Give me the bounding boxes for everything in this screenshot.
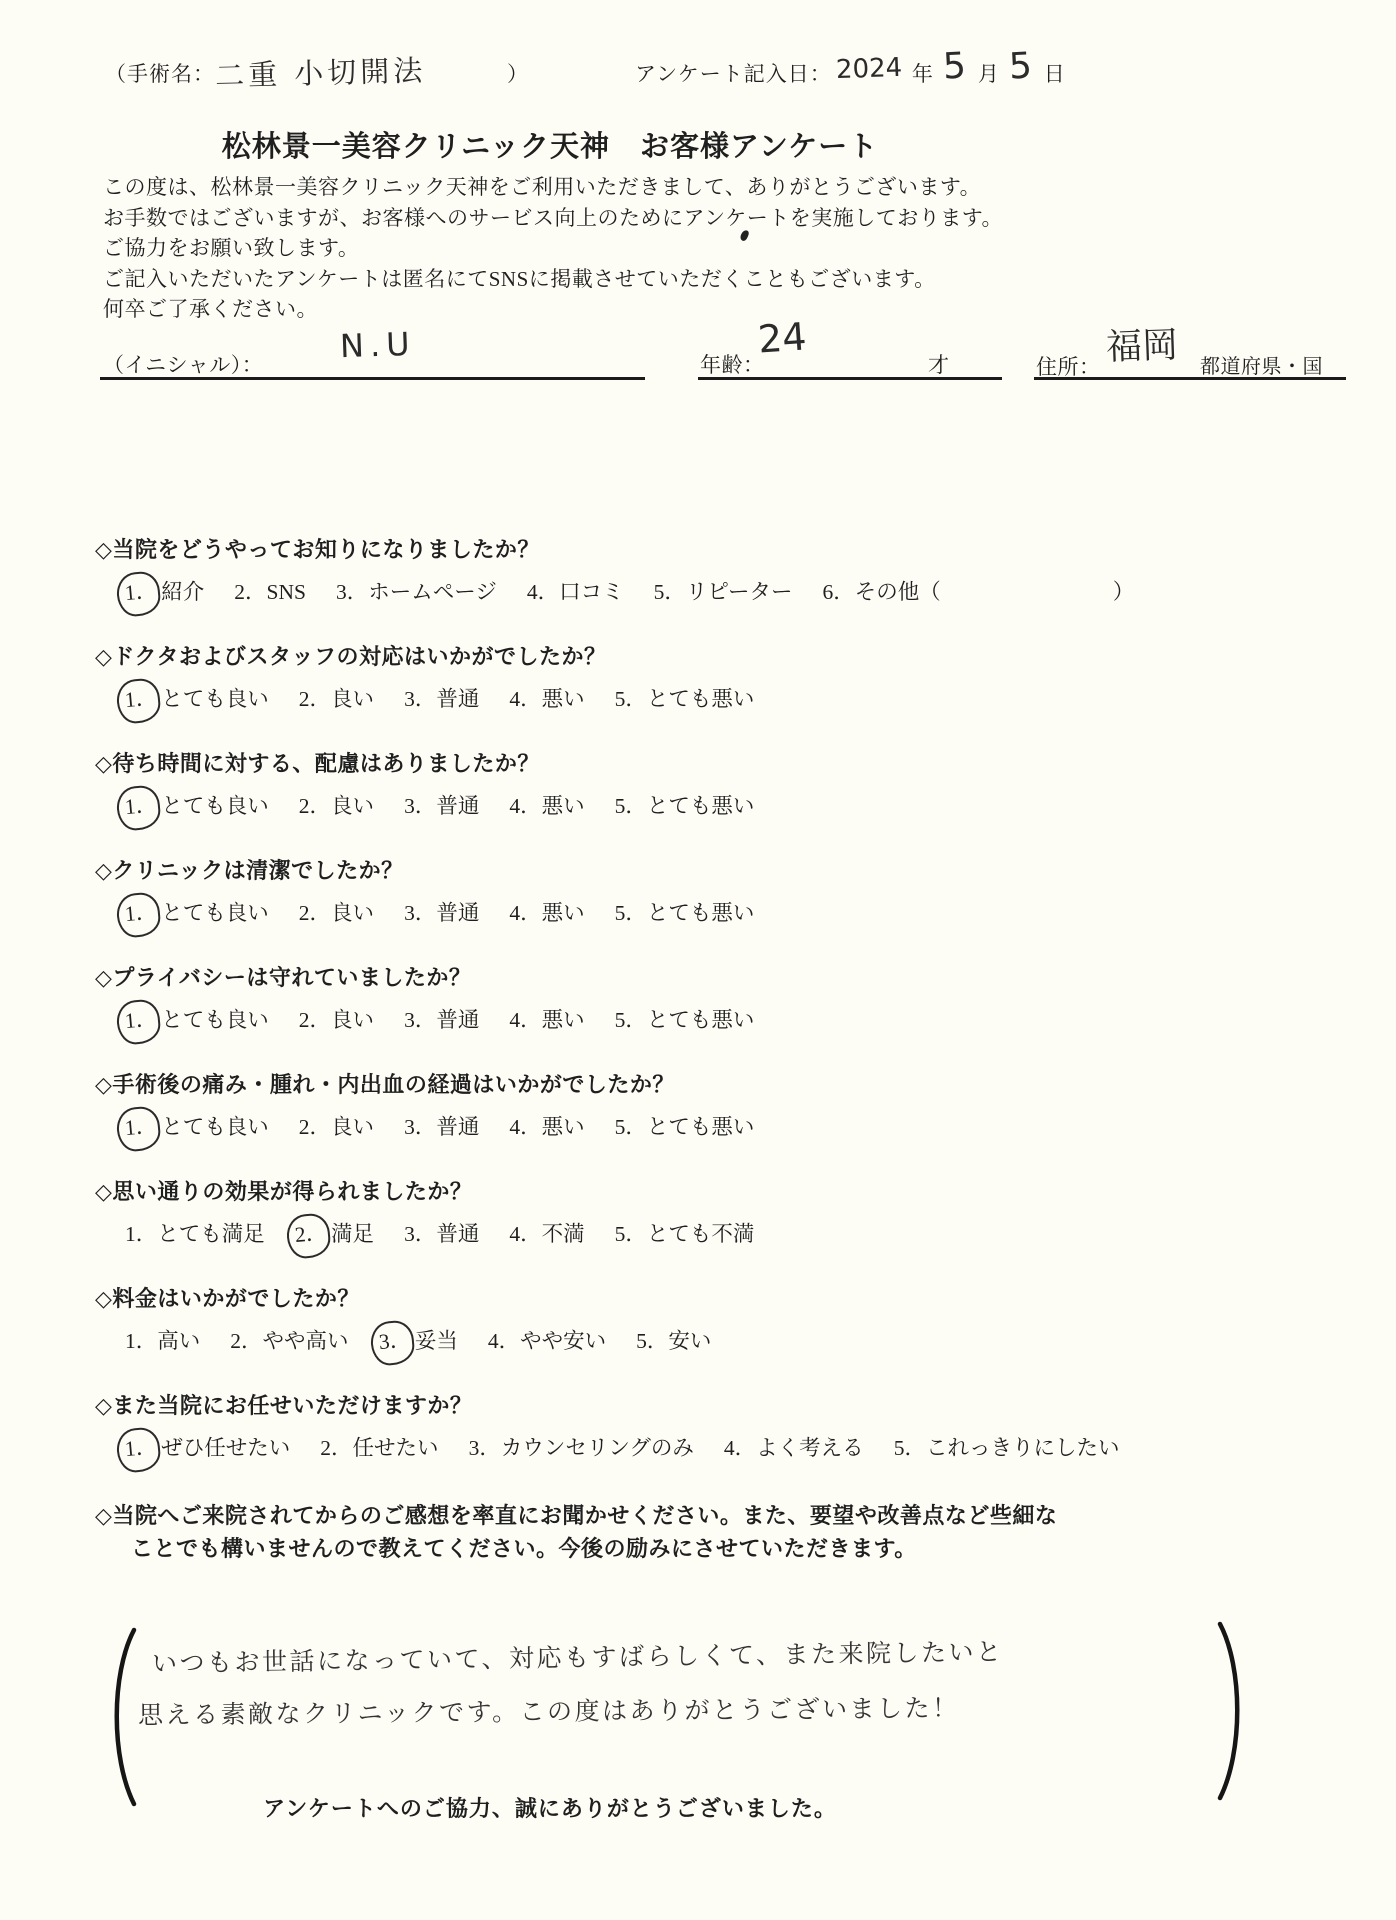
question-header: ◇思い通りの効果が得られましたか？ bbox=[95, 1178, 1355, 1206]
circled-answer-mark: 1． bbox=[115, 1426, 162, 1474]
option-q5-3: 3．普通 bbox=[404, 1004, 479, 1036]
question-options: 1．高い2．やや高い3．妥当4．やや安い5．安い bbox=[125, 1325, 1355, 1357]
comment-close-bracket bbox=[1210, 1618, 1256, 1804]
surgery-name-label: （手術名： bbox=[105, 58, 215, 88]
option-q3-3: 3．普通 bbox=[404, 790, 479, 822]
questions-list: ◇当院をどうやってお知りになりましたか？ 1．紹介2．SNS3．ホームページ4．… bbox=[95, 536, 1355, 1499]
survey-date-row: アンケート記入日： 2024 年 5 月 5 日 bbox=[635, 58, 1065, 88]
option-label: 任せたい bbox=[353, 1436, 439, 1460]
option-q8-2: 2．やや高い bbox=[230, 1325, 348, 1357]
option-label: とても悪い bbox=[647, 1008, 755, 1032]
option-q7-2: 2．満足 bbox=[295, 1218, 374, 1250]
option-q1-4: 4．口コミ bbox=[527, 576, 624, 608]
circled-answer-mark: 2． bbox=[285, 1212, 332, 1260]
option-number: 4． bbox=[509, 897, 541, 929]
circled-answer-mark: 1． bbox=[115, 677, 162, 725]
intro-line: ご協力をお願い致します。 bbox=[103, 233, 1083, 264]
option-q1-3: 3．ホームページ bbox=[336, 576, 497, 608]
option-label: 普通 bbox=[436, 687, 479, 711]
option-label: ぜひ任せたい bbox=[161, 1436, 290, 1460]
circled-answer-mark: 1． bbox=[115, 1105, 162, 1153]
age-unit-label: 才 bbox=[928, 349, 950, 379]
circled-answer-mark: 3． bbox=[369, 1319, 416, 1367]
option-q4-2: 2．良い bbox=[299, 897, 374, 929]
survey-question: ◇ドクタおよびスタッフの対応はいかがでしたか？ 1．とても良い2．良い3．普通4… bbox=[95, 643, 1355, 715]
option-number: 5． bbox=[615, 790, 647, 822]
option-number: 4． bbox=[488, 1325, 520, 1357]
option-label: 良い bbox=[331, 901, 374, 925]
survey-question: ◇当院をどうやってお知りになりましたか？ 1．紹介2．SNS3．ホームページ4．… bbox=[95, 536, 1355, 608]
option-q8-4: 4．やや安い bbox=[488, 1325, 606, 1357]
age-label: 年齢： bbox=[700, 349, 765, 379]
page-title: 松林景一美容クリニック天神 お客様アンケート bbox=[0, 124, 1100, 165]
question-header: ◇クリニックは清潔でしたか？ bbox=[95, 857, 1355, 885]
survey-question: ◇待ち時間に対する、配慮はありましたか？ 1．とても良い2．良い3．普通4．悪い… bbox=[95, 750, 1355, 822]
circled-answer-mark: 1． bbox=[115, 784, 162, 832]
surgery-name-row: （手術名： 二重 小切開法 ） bbox=[105, 58, 528, 91]
handwritten-address: 福岡 bbox=[1105, 317, 1179, 370]
question-options: 1．とても満足2．満足3．普通4．不満5．とても不満 bbox=[125, 1218, 1355, 1250]
initial-underline bbox=[100, 377, 645, 380]
option-q2-4: 4．悪い bbox=[509, 683, 584, 715]
intro-line: この度は、松林景一美容クリニック天神をご利用いただきまして、ありがとうございます… bbox=[103, 172, 1083, 203]
option-number: 5． bbox=[615, 897, 647, 929]
question-options: 1．とても良い2．良い3．普通4．悪い5．とても悪い bbox=[125, 897, 1355, 929]
option-number: 3． bbox=[469, 1432, 501, 1464]
option-q3-4: 4．悪い bbox=[509, 790, 584, 822]
question-header: ◇当院をどうやってお知りになりましたか？ bbox=[95, 536, 1355, 564]
option-number: 4． bbox=[509, 790, 541, 822]
option-number: 4． bbox=[509, 1218, 541, 1250]
option-q7-1: 1．とても満足 bbox=[125, 1218, 265, 1250]
survey-question: ◇料金はいかがでしたか？ 1．高い2．やや高い3．妥当4．やや安い5．安い bbox=[95, 1285, 1355, 1357]
option-number: 6． bbox=[823, 576, 855, 608]
closing-thanks-text: アンケートへのご協力、誠にありがとうございました。 bbox=[0, 1792, 1100, 1823]
question-header: ◇ドクタおよびスタッフの対応はいかがでしたか？ bbox=[95, 643, 1355, 671]
option-label: 普通 bbox=[436, 1115, 479, 1139]
prefecture-country-label: 都道府県・国 bbox=[1200, 350, 1323, 379]
option-number: 3． bbox=[404, 683, 436, 715]
option-label: 良い bbox=[331, 1115, 374, 1139]
option-label: とても悪い bbox=[647, 1115, 755, 1139]
option-label: 良い bbox=[331, 687, 374, 711]
question-header: ◇プライバシーは守れていましたか？ bbox=[95, 964, 1355, 992]
option-label: とても不満 bbox=[647, 1222, 755, 1246]
option-number: 2． bbox=[230, 1325, 262, 1357]
question-options: 1．ぜひ任せたい2．任せたい3．カウンセリングのみ4．よく考える5．これっきりに… bbox=[125, 1432, 1355, 1464]
option-label: 満足 bbox=[331, 1222, 374, 1246]
option-label: とても満足 bbox=[157, 1222, 265, 1246]
option-label: 悪い bbox=[542, 1008, 585, 1032]
circled-answer-mark: 1． bbox=[115, 998, 162, 1046]
free-comment-question-line: ◇当院へご来院されてからのご感想を率直にお聞かせください。また、要望や改善点など… bbox=[95, 1499, 1355, 1532]
option-label: とても良い bbox=[161, 1008, 269, 1032]
question-options: 1．とても良い2．良い3．普通4．悪い5．とても悪い bbox=[125, 683, 1355, 715]
option-label: とても良い bbox=[161, 687, 269, 711]
option-q3-5: 5．とても悪い bbox=[615, 790, 755, 822]
option-number: 5． bbox=[636, 1325, 668, 1357]
option-label: 悪い bbox=[542, 901, 585, 925]
option-q6-5: 5．とても悪い bbox=[615, 1111, 755, 1143]
option-label: 紹介 bbox=[161, 580, 204, 604]
option-label: とても悪い bbox=[647, 687, 755, 711]
option-label: ホームページ bbox=[368, 580, 497, 604]
option-number: 4． bbox=[509, 1004, 541, 1036]
option-q8-3: 3．妥当 bbox=[379, 1325, 458, 1357]
free-comment-question-line: ことでも構いませんので教えてください。今後の励みにさせていただきます。 bbox=[95, 1532, 1355, 1565]
option-label: とても良い bbox=[161, 1115, 269, 1139]
option-number: 4． bbox=[724, 1432, 756, 1464]
option-number: 2． bbox=[299, 790, 331, 822]
option-q9-2: 2．任せたい bbox=[320, 1432, 438, 1464]
option-q5-4: 4．悪い bbox=[509, 1004, 584, 1036]
handwritten-comment-line: 思える素敵なクリニックです。この度はありがとうございました！ bbox=[138, 1688, 960, 1731]
survey-question: ◇クリニックは清潔でしたか？ 1．とても良い2．良い3．普通4．悪い5．とても悪… bbox=[95, 857, 1355, 929]
option-q6-4: 4．悪い bbox=[509, 1111, 584, 1143]
option-q2-1: 1．とても良い bbox=[125, 683, 269, 715]
question-header: ◇また当院にお任せいただけますか？ bbox=[95, 1392, 1355, 1420]
option-number: 2． bbox=[299, 897, 331, 929]
address-underline bbox=[1034, 377, 1346, 380]
option-label: SNS bbox=[267, 580, 306, 604]
handwritten-month: 5 bbox=[942, 45, 967, 87]
option-q7-3: 3．普通 bbox=[404, 1218, 479, 1250]
option-q3-2: 2．良い bbox=[299, 790, 374, 822]
handwritten-age: 24 bbox=[757, 314, 808, 361]
option-number: 5． bbox=[654, 576, 686, 608]
handwritten-surgery-name: 二重 小切開法 bbox=[215, 46, 508, 95]
option-q9-3: 3．カウンセリングのみ bbox=[469, 1432, 694, 1464]
intro-paragraph: この度は、松林景一美容クリニック天神をご利用いただきまして、ありがとうございます… bbox=[103, 172, 1083, 325]
option-label: 良い bbox=[331, 1008, 374, 1032]
survey-question: ◇プライバシーは守れていましたか？ 1．とても良い2．良い3．普通4．悪い5．と… bbox=[95, 964, 1355, 1036]
age-underline bbox=[698, 377, 1002, 380]
option-number: 2． bbox=[299, 683, 331, 715]
option-q3-1: 1．とても良い bbox=[125, 790, 269, 822]
intro-line: お手数ではございますが、お客様へのサービス向上のためにアンケートを実施しておりま… bbox=[103, 203, 1083, 234]
option-label: 悪い bbox=[542, 794, 585, 818]
option-q1-6: 6．その他（ ） bbox=[823, 576, 1135, 608]
option-q5-1: 1．とても良い bbox=[125, 1004, 269, 1036]
option-label: 高い bbox=[157, 1329, 200, 1353]
survey-date-label: アンケート記入日： bbox=[635, 58, 832, 88]
option-q1-1: 1．紹介 bbox=[125, 576, 204, 608]
option-number: 5． bbox=[894, 1432, 926, 1464]
survey-question: ◇思い通りの効果が得られましたか？ 1．とても満足2．満足3．普通4．不満5．と… bbox=[95, 1178, 1355, 1250]
question-options: 1．とても良い2．良い3．普通4．悪い5．とても悪い bbox=[125, 790, 1355, 822]
option-q6-2: 2．良い bbox=[299, 1111, 374, 1143]
option-number: 4． bbox=[509, 1111, 541, 1143]
option-number: 3． bbox=[404, 790, 436, 822]
option-number: 4． bbox=[527, 576, 559, 608]
option-q6-3: 3．普通 bbox=[404, 1111, 479, 1143]
option-number: 3． bbox=[404, 1004, 436, 1036]
question-header: ◇料金はいかがでしたか？ bbox=[95, 1285, 1355, 1313]
circled-answer-mark: 1． bbox=[115, 570, 162, 618]
option-label: その他（ ） bbox=[855, 580, 1135, 604]
option-number: 3． bbox=[336, 576, 368, 608]
question-options: 1．とても良い2．良い3．普通4．悪い5．とても悪い bbox=[125, 1004, 1355, 1036]
survey-question: ◇また当院にお任せいただけますか？ 1．ぜひ任せたい2．任せたい3．カウンセリン… bbox=[95, 1392, 1355, 1464]
option-number: 2． bbox=[320, 1432, 352, 1464]
circled-answer-mark: 1． bbox=[115, 891, 162, 939]
option-number: 5． bbox=[615, 1218, 647, 1250]
option-q2-2: 2．良い bbox=[299, 683, 374, 715]
option-number: 1． bbox=[125, 1218, 157, 1250]
option-q9-5: 5．これっきりにしたい bbox=[894, 1432, 1120, 1464]
option-label: 悪い bbox=[542, 687, 585, 711]
survey-question: ◇手術後の痛み・腫れ・内出血の経過はいかがでしたか？ 1．とても良い2．良い3．… bbox=[95, 1071, 1355, 1143]
option-label: 悪い bbox=[542, 1115, 585, 1139]
option-label: 安い bbox=[668, 1329, 711, 1353]
option-number: 2． bbox=[299, 1004, 331, 1036]
intro-line: 何卒ご了承ください。 bbox=[103, 294, 1083, 325]
option-number: 3． bbox=[404, 1111, 436, 1143]
option-label: 普通 bbox=[436, 1222, 479, 1246]
option-q2-5: 5．とても悪い bbox=[615, 683, 755, 715]
option-q4-3: 3．普通 bbox=[404, 897, 479, 929]
handwritten-initial: N.U bbox=[339, 325, 416, 366]
survey-sheet: （手術名： 二重 小切開法 ） アンケート記入日： 2024 年 5 月 5 日… bbox=[0, 0, 1396, 1920]
option-number: 5． bbox=[615, 683, 647, 715]
option-q7-5: 5．とても不満 bbox=[615, 1218, 755, 1250]
option-q5-2: 2．良い bbox=[299, 1004, 374, 1036]
option-number: 5． bbox=[615, 1004, 647, 1036]
option-label: リピーター bbox=[686, 580, 793, 604]
option-number: 3． bbox=[404, 897, 436, 929]
intro-line: ご記入いただいたアンケートは匿名にてSNSに掲載させていただくこともございます。 bbox=[103, 264, 1083, 295]
option-label: よく考える bbox=[756, 1436, 864, 1460]
option-number: 2． bbox=[234, 576, 266, 608]
option-label: やや安い bbox=[520, 1329, 606, 1353]
option-label: 不満 bbox=[542, 1222, 585, 1246]
option-q4-5: 5．とても悪い bbox=[615, 897, 755, 929]
option-q4-4: 4．悪い bbox=[509, 897, 584, 929]
question-options: 1．とても良い2．良い3．普通4．悪い5．とても悪い bbox=[125, 1111, 1355, 1143]
option-label: とても悪い bbox=[647, 794, 755, 818]
question-header: ◇手術後の痛み・腫れ・内出血の経過はいかがでしたか？ bbox=[95, 1071, 1355, 1099]
option-number: 5． bbox=[615, 1111, 647, 1143]
option-number: 3． bbox=[404, 1218, 436, 1250]
option-q5-5: 5．とても悪い bbox=[615, 1004, 755, 1036]
option-q1-2: 2．SNS bbox=[234, 576, 306, 608]
option-label: やや高い bbox=[263, 1329, 349, 1353]
option-q4-1: 1．とても良い bbox=[125, 897, 269, 929]
option-q9-1: 1．ぜひ任せたい bbox=[125, 1432, 290, 1464]
option-number: 1． bbox=[125, 1325, 157, 1357]
option-label: 良い bbox=[331, 794, 374, 818]
handwritten-day: 5 bbox=[1008, 45, 1033, 87]
option-label: カウンセリングのみ bbox=[501, 1436, 694, 1460]
option-label: 普通 bbox=[436, 1008, 479, 1032]
handwritten-comment-line: いつもお世話になっていて、対応もすばらしくて、また来院したいと bbox=[152, 1632, 1004, 1680]
option-label: これっきりにしたい bbox=[926, 1436, 1120, 1460]
option-q1-5: 5．リピーター bbox=[654, 576, 793, 608]
handwritten-year: 2024 bbox=[835, 53, 902, 85]
option-label: とても良い bbox=[161, 901, 269, 925]
question-options: 1．紹介2．SNS3．ホームページ4．口コミ5．リピーター6．その他（ ） bbox=[125, 576, 1355, 608]
month-unit: 月 bbox=[978, 58, 999, 88]
option-q2-3: 3．普通 bbox=[404, 683, 479, 715]
option-label: 普通 bbox=[436, 901, 479, 925]
question-header: ◇待ち時間に対する、配慮はありましたか？ bbox=[95, 750, 1355, 778]
option-q7-4: 4．不満 bbox=[509, 1218, 584, 1250]
option-number: 2． bbox=[299, 1111, 331, 1143]
surgery-name-close-paren: ） bbox=[507, 58, 528, 88]
option-label: とても悪い bbox=[647, 901, 755, 925]
option-q9-4: 4．よく考える bbox=[724, 1432, 864, 1464]
year-unit: 年 bbox=[912, 58, 933, 88]
initial-label: （イニシャル）： bbox=[103, 349, 263, 379]
option-q6-1: 1．とても良い bbox=[125, 1111, 269, 1143]
option-label: とても良い bbox=[161, 794, 269, 818]
option-label: 妥当 bbox=[415, 1329, 458, 1353]
option-q8-5: 5．安い bbox=[636, 1325, 711, 1357]
option-label: 普通 bbox=[436, 794, 479, 818]
day-unit: 日 bbox=[1044, 58, 1065, 88]
option-number: 4． bbox=[509, 683, 541, 715]
option-label: 口コミ bbox=[559, 580, 624, 604]
option-q8-1: 1．高い bbox=[125, 1325, 200, 1357]
free-comment-question: ◇当院へご来院されてからのご感想を率直にお聞かせください。また、要望や改善点など… bbox=[95, 1499, 1355, 1565]
